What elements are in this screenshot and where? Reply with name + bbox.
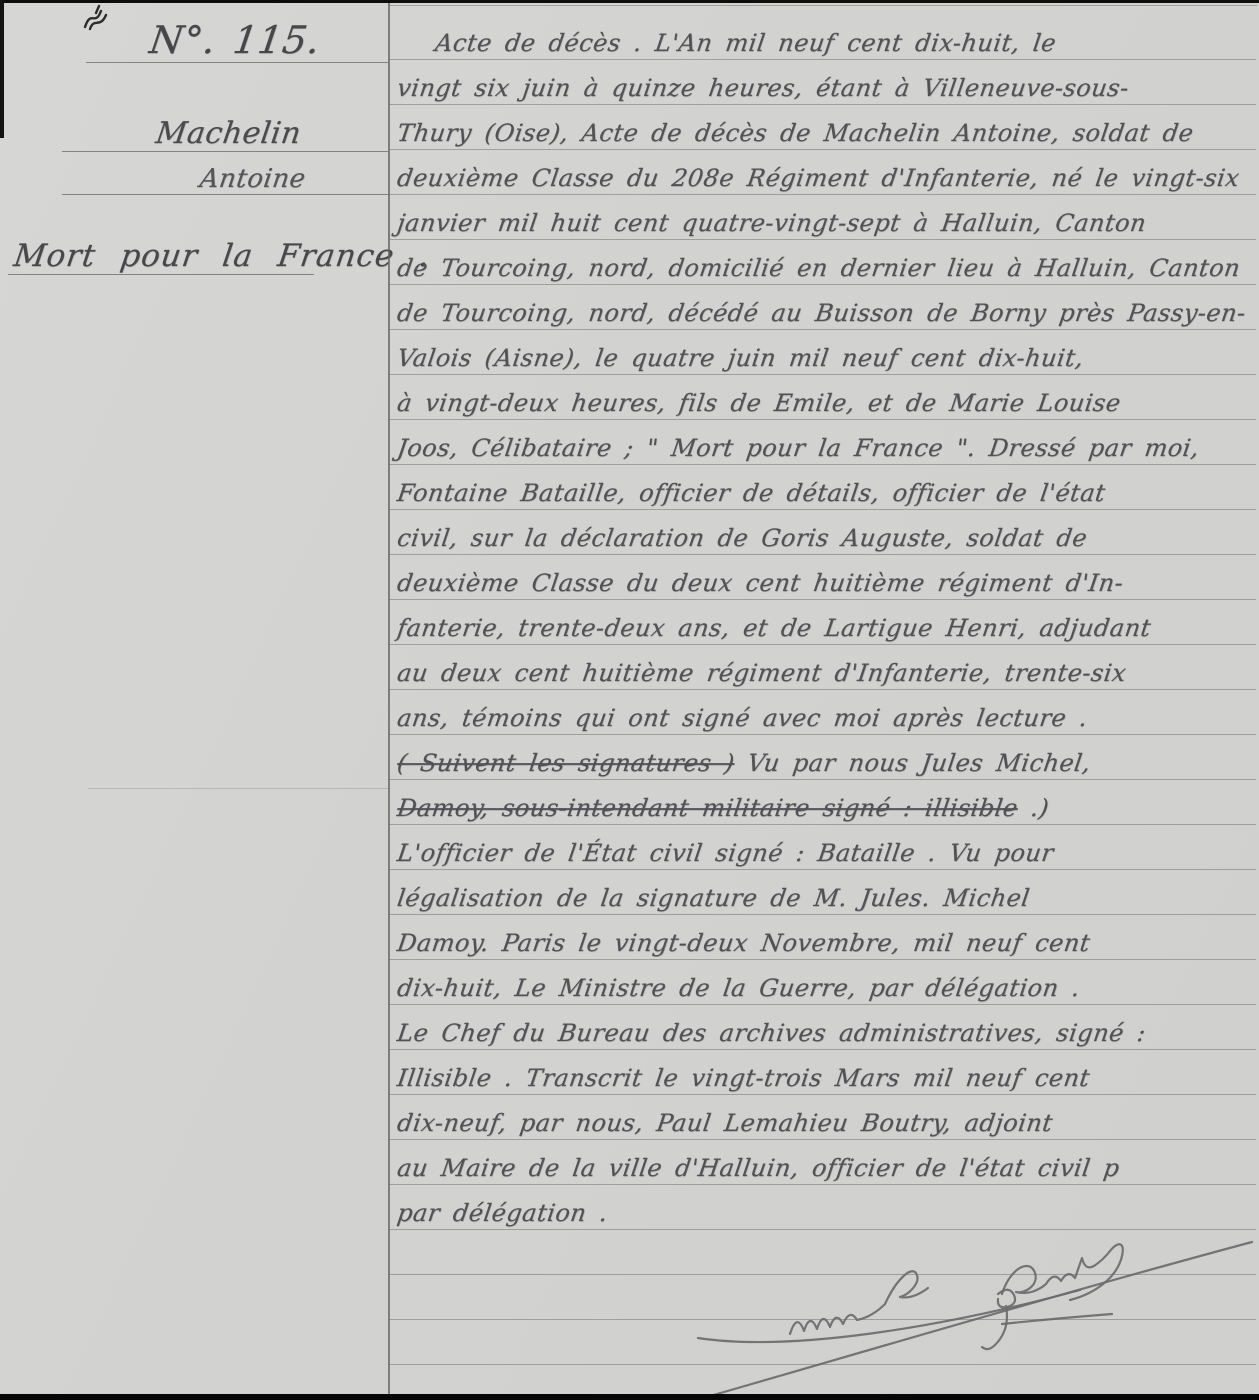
act-number: N°. 115. <box>147 18 323 62</box>
margin-underline <box>86 62 388 63</box>
handwritten-line: deuxième Classe du deux cent huitième ré… <box>397 555 1259 600</box>
deceased-surname: Machelin <box>154 116 304 151</box>
handwritten-line: légalisation de la signature de M. Jules… <box>397 870 1259 915</box>
handwritten-line: par délégation . <box>397 1185 1259 1230</box>
handwritten-line: Illisible . Transcrit le vingt-trois Mar… <box>397 1050 1259 1095</box>
margin-underline <box>62 194 388 195</box>
handwritten-line: Le Chef du Bureau des archives administr… <box>397 1005 1259 1050</box>
mort-pour-la-france-mention: Mort pour la France . <box>11 238 432 274</box>
handwritten-line: de Tourcoing, nord, décédé au Buisson de… <box>397 285 1259 330</box>
handwritten-line: janvier mil huit cent quatre-vingt-sept … <box>397 195 1259 240</box>
scan-edge-bottom <box>0 1394 1259 1400</box>
handwritten-line: Thury (Oise), Acte de décès de Machelin … <box>397 105 1259 150</box>
handwritten-line: Damoy, sous-intendant militaire signé : … <box>397 780 1259 825</box>
handwritten-line: ans, témoins qui ont signé avec moi aprè… <box>397 690 1259 735</box>
scan-edge-left <box>0 0 4 138</box>
handwritten-line: ( Suivent les signatures ) Vu par nous J… <box>397 735 1259 780</box>
signature-flourish <box>640 1232 1259 1398</box>
act-body-region: Acte de décès . L'An mil neuf cent dix-h… <box>389 0 1259 1400</box>
handwritten-line: vingt six juin à quinze heures, étant à … <box>397 60 1259 105</box>
ink-blot <box>82 3 114 33</box>
margin-column: N°. 115. Machelin Antoine Mort pour la F… <box>0 0 388 1400</box>
scanned-document-page: N°. 115. Machelin Antoine Mort pour la F… <box>0 0 1259 1400</box>
handwritten-line: dix-neuf, par nous, Paul Lemahieu Boutry… <box>397 1095 1259 1140</box>
handwritten-line: de Tourcoing, nord, domicilié en dernier… <box>397 240 1259 285</box>
body-lines: Acte de décès . L'An mil neuf cent dix-h… <box>397 15 1259 1230</box>
handwritten-line: au deux cent huitième régiment d'Infante… <box>397 645 1259 690</box>
handwritten-line: Damoy. Paris le vingt-deux Novembre, mil… <box>397 915 1259 960</box>
handwritten-line: au Maire de la ville d'Halluin, officier… <box>397 1140 1259 1185</box>
handwritten-line: L'officier de l'État civil signé : Batai… <box>397 825 1259 870</box>
deceased-given-name: Antoine <box>198 164 308 194</box>
handwritten-line: Acte de décès . L'An mil neuf cent dix-h… <box>397 15 1259 60</box>
scan-edge-top <box>0 0 1259 3</box>
handwritten-line: dix-huit, Le Ministre de la Guerre, par … <box>397 960 1259 1005</box>
handwritten-line: Valois (Aisne), le quatre juin mil neuf … <box>397 330 1259 375</box>
handwritten-line: à vingt-deux heures, fils de Emile, et d… <box>397 375 1259 420</box>
handwritten-line: Joos, Célibataire ; " Mort pour la Franc… <box>397 420 1259 465</box>
handwritten-line: fanterie, trente-deux ans, et de Lartigu… <box>397 600 1259 645</box>
handwritten-line: Fontaine Bataille, officier de détails, … <box>397 465 1259 510</box>
top-ruled-line <box>389 5 1257 6</box>
handwritten-line: deuxième Classe du 208e Régiment d'Infan… <box>397 150 1259 195</box>
margin-ghost-line <box>88 788 388 789</box>
margin-underline <box>62 151 388 152</box>
margin-underline <box>8 274 314 275</box>
handwritten-line: civil, sur la déclaration de Goris Augus… <box>397 510 1259 555</box>
